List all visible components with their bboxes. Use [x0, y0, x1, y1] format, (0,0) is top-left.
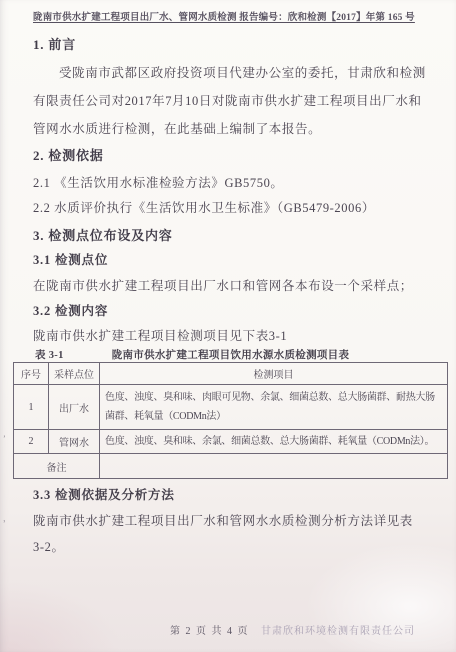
table-header-row: 序号 采样点位 检测项目	[14, 363, 448, 385]
test-items-table: 序号 采样点位 检测项目 1 出厂水 色度、浊度、臭和味、肉眼可见物、余氯、细菌…	[13, 362, 448, 479]
methods-line-2: 3-2。	[33, 537, 65, 555]
section-3-title: 3. 检测点位布设及内容	[33, 225, 173, 244]
table-row-remark: 备注	[14, 454, 448, 479]
cell-no: 2	[14, 430, 49, 454]
footer-page-number: 第 2 页 共 4 页	[170, 622, 249, 637]
methods-line-1: 陇南市供水扩建工程项目出厂水和管网水水质检测分析方法详见表	[33, 511, 413, 529]
scan-speck: ’	[3, 434, 6, 443]
section-3-2-title: 3.2 检测内容	[33, 301, 108, 319]
sampling-points-text: 在陇南市供水扩建工程项目出厂水口和管网各本布设一个采样点；	[33, 276, 413, 294]
scan-speck: ，	[3, 513, 11, 524]
table-intro-text: 陇南市供水扩建工程项目检测项目见下表3-1	[33, 326, 287, 344]
col-header-point: 采样点位	[49, 363, 100, 385]
basis-item-1: 2.1 《生活饮用水标准检验方法》GB5750。	[33, 173, 284, 191]
scanned-report-page: 陇南市供水扩建工程项目出厂水、管网水质检测 报告编号：欣和检测【2017】年第 …	[0, 0, 456, 652]
section-2-title: 2. 检测依据	[33, 145, 104, 164]
cell-point: 管网水	[49, 430, 100, 454]
cell-items: 色度、浊度、臭和味、余氯、细菌总数、总大肠菌群、耗氧量（CODMn法）。	[100, 430, 448, 454]
section-3-1-title: 3.1 检测点位	[33, 250, 108, 268]
footer-company-name: 甘肃欣和环境检测有限责任公司	[261, 622, 415, 637]
table-row: 2 管网水 色度、浊度、臭和味、余氯、细菌总数、总大肠菌群、耗氧量（CODMn法…	[14, 430, 448, 454]
col-header-items: 检测项目	[100, 363, 448, 385]
remark-label-cell: 备注	[14, 454, 100, 479]
remark-value-cell	[100, 454, 448, 479]
table-row: 1 出厂水 色度、浊度、臭和味、肉眼可见物、余氯、细菌总数、总大肠菌群、耐热大肠…	[14, 385, 448, 430]
report-header-line: 陇南市供水扩建工程项目出厂水、管网水质检测 报告编号：欣和检测【2017】年第 …	[33, 9, 445, 23]
cell-items: 色度、浊度、臭和味、肉眼可见物、余氯、细菌总数、总大肠菌群、耐热大肠菌群、耗氧量…	[100, 385, 448, 430]
table-title: 陇南市供水扩建工程项目饮用水源水质检测项目表	[13, 347, 448, 362]
foreword-line-1: 受陇南市武都区政府投资项目代建办公室的委托，甘肃欣和检测	[59, 63, 426, 81]
basis-item-2: 2.2 水质评价执行《生活饮用水卫生标准》（GB5479-2006）	[33, 198, 375, 216]
foreword-line-3: 管网水水质进行检测，在此基础上编制了本报告。	[33, 119, 321, 137]
cell-no: 1	[14, 385, 49, 430]
section-1-title: 1. 前言	[33, 34, 76, 53]
test-items-table-wrap: 序号 采样点位 检测项目 1 出厂水 色度、浊度、臭和味、肉眼可见物、余氯、细菌…	[13, 362, 448, 479]
cell-point: 出厂水	[49, 385, 100, 430]
foreword-line-2: 有限责任公司对2017年7月10日对陇南市供水扩建工程项目出厂水和	[33, 91, 422, 109]
section-3-3-title: 3.3 检测依据及分析方法	[33, 485, 175, 503]
col-header-no: 序号	[14, 363, 49, 385]
